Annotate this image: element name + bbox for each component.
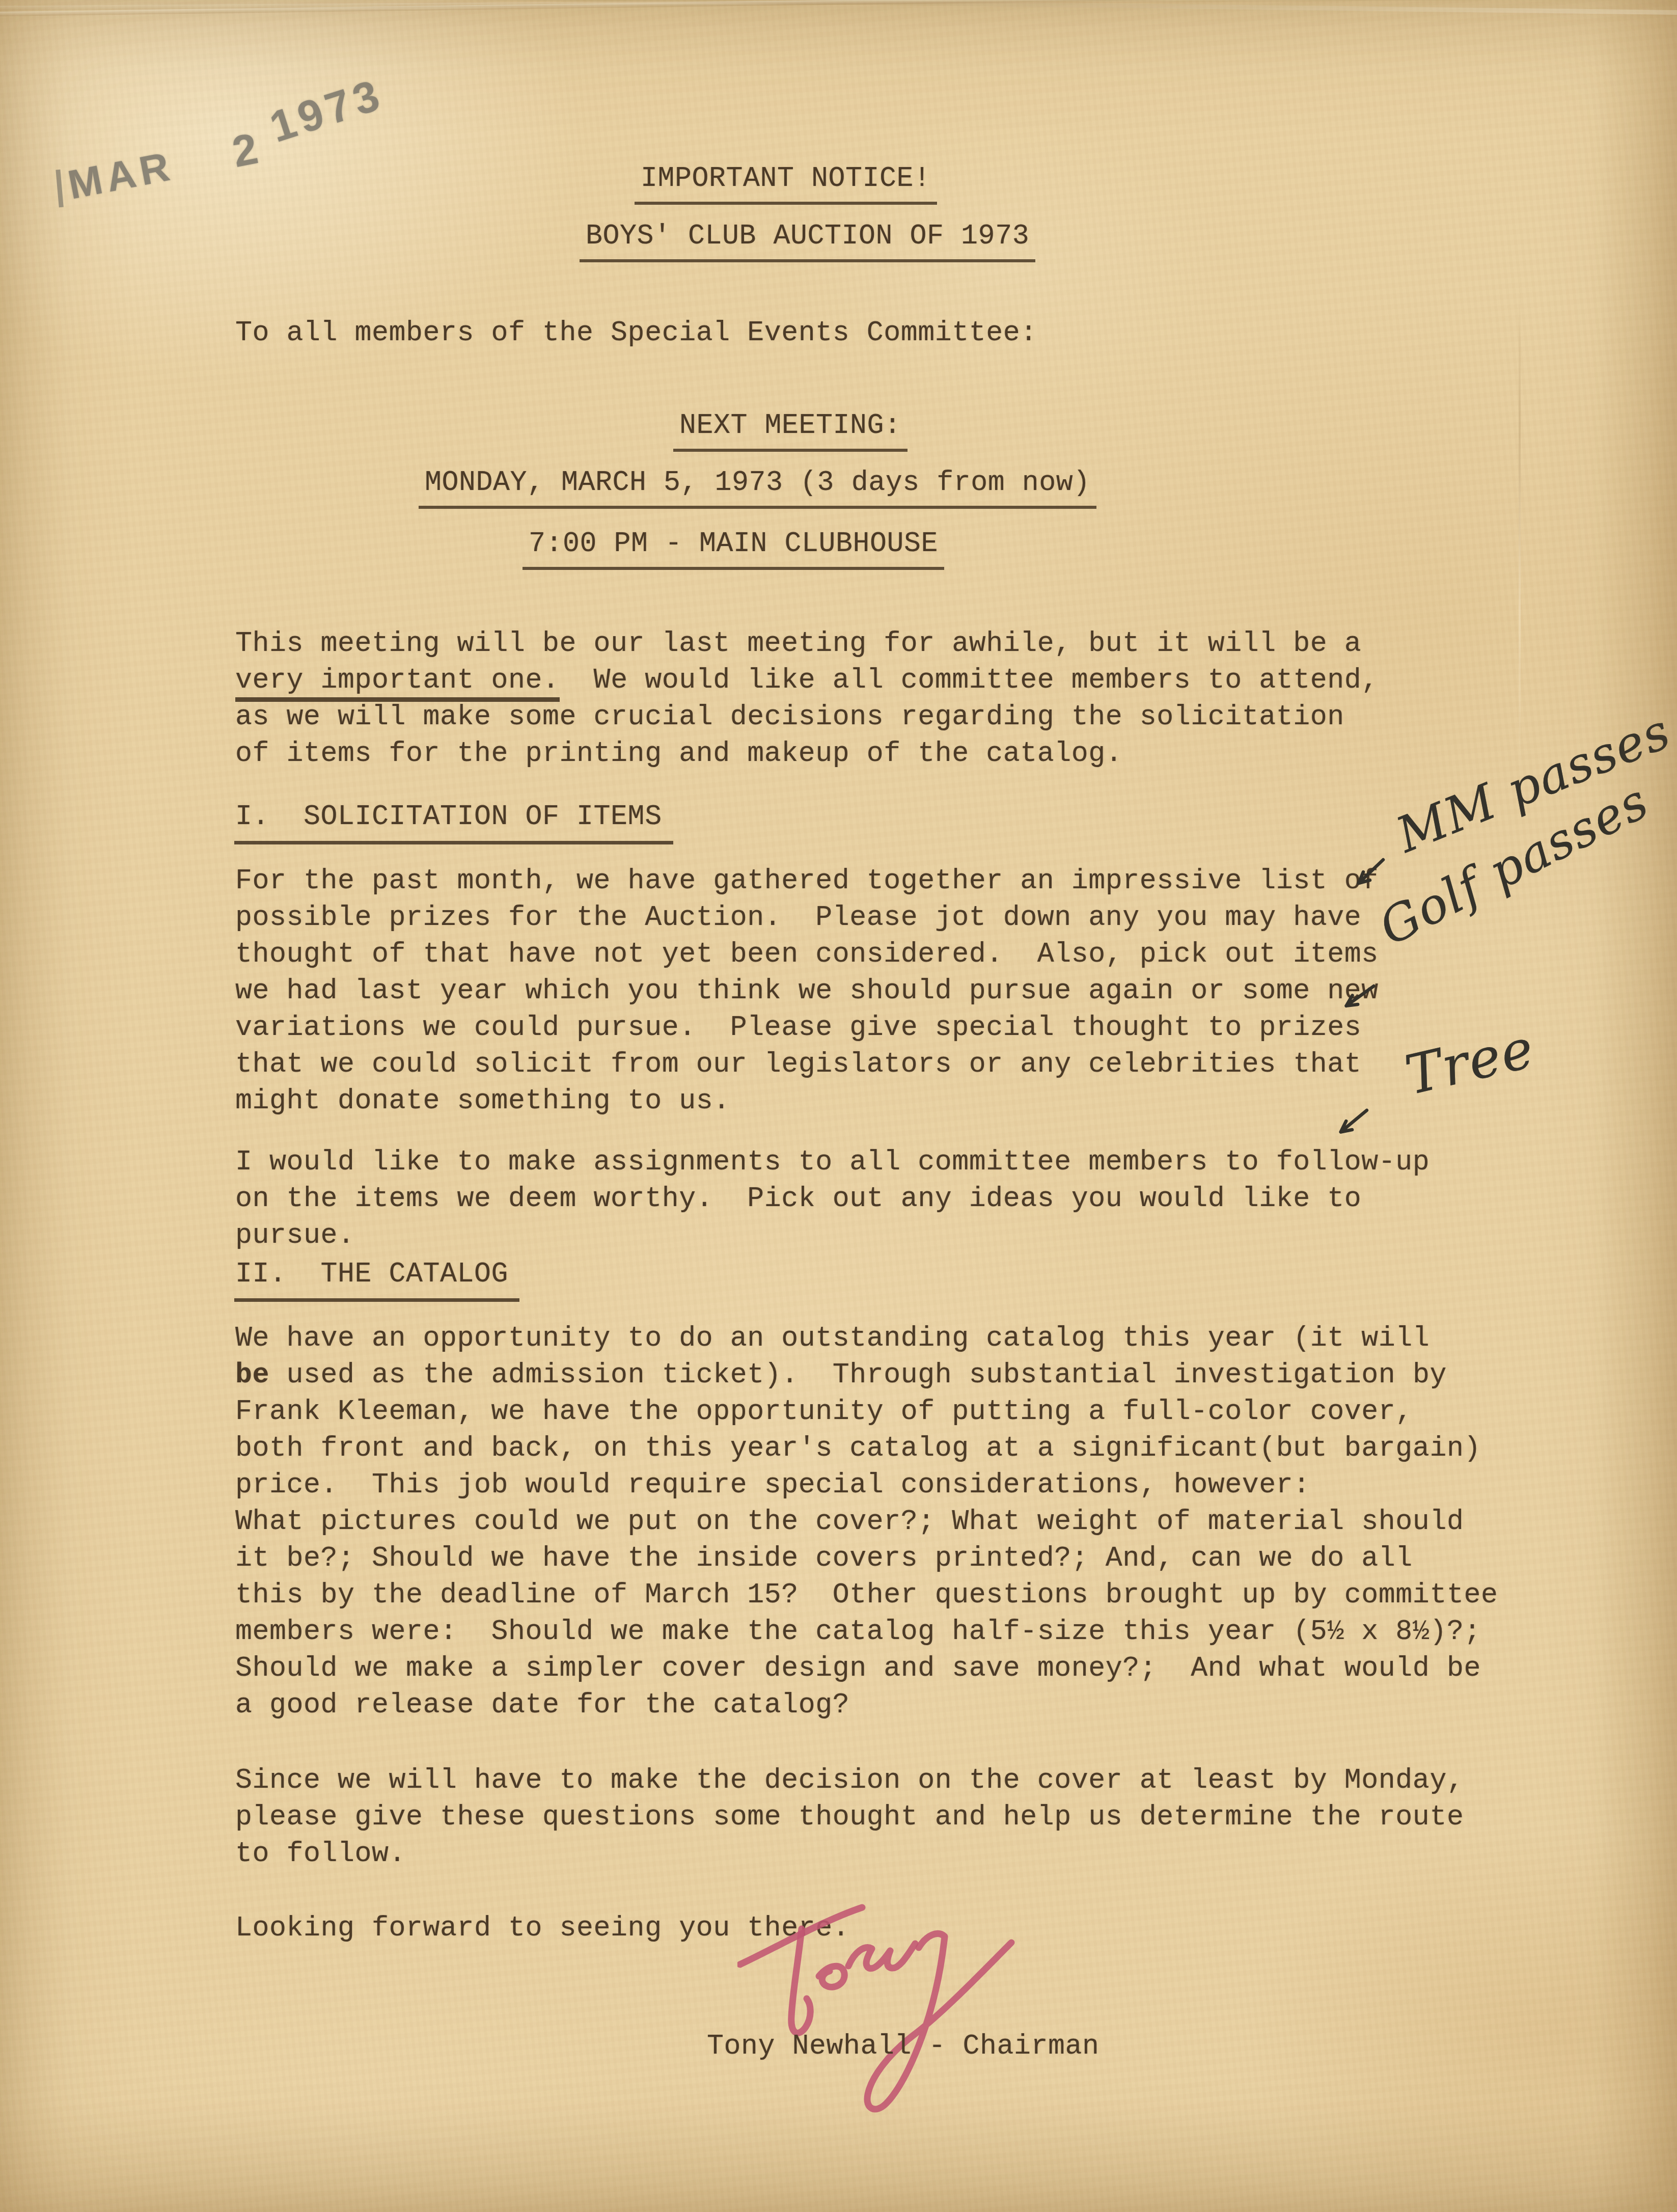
- fold-crease-line: [0, 0, 1677, 17]
- notice-title: IMPORTANT NOTICE!: [635, 160, 937, 205]
- section2-heading: II. THE CATALOG: [234, 1256, 519, 1302]
- received-date-stamp: MAR21973: [52, 98, 393, 212]
- text-line: Frank Kleeman, we have the opportunity o…: [235, 1394, 1498, 1430]
- text-span: We would like all committee members to a…: [560, 664, 1379, 696]
- catalog-paragraph: We have an opportunity to do an outstand…: [235, 1320, 1498, 1724]
- text-line: variations we could pursue. Please give …: [235, 1009, 1379, 1046]
- text-line: that we could solicit from our legislato…: [235, 1046, 1379, 1083]
- text-line: we had last year which you think we shou…: [235, 973, 1379, 1009]
- underlined-phrase: very important one.: [235, 664, 560, 702]
- stamp-day: 2: [228, 123, 266, 177]
- text-line: Should we make a simpler cover design an…: [235, 1650, 1498, 1687]
- memo-page: MAR21973 IMPORTANT NOTICE! BOYS' CLUB AU…: [0, 0, 1677, 2212]
- text-line: of items for the printing and makeup of …: [235, 735, 1379, 772]
- meeting-time-line: 7:00 PM - MAIN CLUBHOUSE: [523, 526, 944, 570]
- text-line: possible prizes for the Auction. Please …: [235, 899, 1379, 936]
- text-line: as we will make some crucial decisions r…: [235, 699, 1379, 735]
- intro-paragraph: This meeting will be our last meeting fo…: [235, 625, 1379, 772]
- text-line: pursue.: [235, 1217, 1429, 1254]
- meeting-date-line: MONDAY, MARCH 5, 1973 (3 days from now): [419, 465, 1096, 509]
- text-line: This meeting will be our last meeting fo…: [235, 625, 1379, 662]
- text-line: We have an opportunity to do an outstand…: [235, 1320, 1498, 1357]
- stamp-month: MAR: [64, 143, 177, 207]
- text-line: I would like to make assignments to all …: [235, 1144, 1429, 1181]
- text-span: used as the admission ticket). Through s…: [269, 1359, 1447, 1391]
- solicitation-paragraph: For the past month, we have gathered tog…: [235, 863, 1379, 1119]
- text-line: very important one. We would like all co…: [235, 662, 1379, 699]
- typed-signature-name: Tony Newhall - Chairman: [707, 2028, 1099, 2065]
- farewell-line: Looking forward to seeing you there.: [235, 1910, 849, 1947]
- closing-paragraph: Since we will have to make the decision …: [235, 1762, 1464, 1872]
- handwritten-annotation: Tree: [1399, 1017, 1540, 1107]
- text-line: please give these questions some thought…: [235, 1799, 1464, 1836]
- text-line: Since we will have to make the decision …: [235, 1762, 1464, 1799]
- stamp-year: 1973: [264, 69, 390, 152]
- text-line: be used as the admission ticket). Throug…: [235, 1357, 1498, 1394]
- text-line: price. This job would require special co…: [235, 1467, 1498, 1504]
- annotation-arrow-icon: [1337, 976, 1380, 1019]
- paper-fiber-line: [1519, 285, 1521, 784]
- fold-crease-line: [0, 0, 1677, 15]
- section1-heading: I. SOLICITATION OF ITEMS: [234, 799, 673, 844]
- text-line: For the past month, we have gathered tog…: [235, 863, 1379, 899]
- text-line: on the items we deem worthy. Pick out an…: [235, 1181, 1429, 1217]
- text-line: it be?; Should we have the inside covers…: [235, 1540, 1498, 1577]
- text-line: might donate something to us.: [235, 1083, 1379, 1119]
- text-line: this by the deadline of March 15? Other …: [235, 1577, 1498, 1614]
- stamp-edge-mark: [56, 170, 63, 208]
- text-line: a good release date for the catalog?: [235, 1687, 1498, 1724]
- meeting-heading: NEXT MEETING:: [673, 407, 908, 452]
- emphasized-word: be: [235, 1359, 269, 1391]
- annotation-arrow-icon: [1332, 1103, 1372, 1143]
- annotation-arrow-icon: [1351, 855, 1388, 892]
- salutation-line: To all members of the Special Events Com…: [235, 315, 1037, 351]
- text-line: thought of that have not yet been consid…: [235, 936, 1379, 973]
- assignments-paragraph: I would like to make assignments to all …: [235, 1144, 1429, 1254]
- text-line: What pictures could we put on the cover?…: [235, 1504, 1498, 1540]
- text-line: to follow.: [235, 1836, 1464, 1872]
- text-line: members were: Should we make the catalog…: [235, 1614, 1498, 1650]
- fold-crease-line: [0, 0, 1677, 11]
- event-title: BOYS' CLUB AUCTION OF 1973: [580, 218, 1035, 262]
- text-line: both front and back, on this year's cata…: [235, 1430, 1498, 1467]
